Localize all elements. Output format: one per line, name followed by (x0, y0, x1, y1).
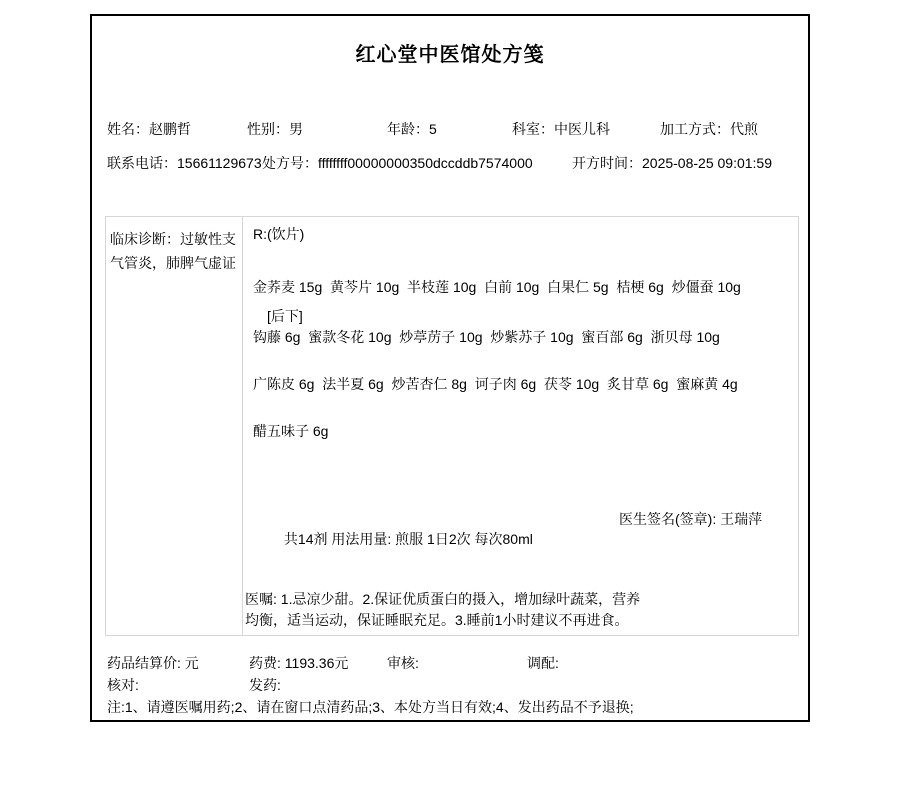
rx-content: R:(饮片) 金荞麦 15g 黄芩片 10g 半枝莲 10g 白前 10g 白果… (243, 217, 798, 635)
prescription-time-label: 开方时间： (572, 155, 642, 171)
medicine-line-1: 金荞麦 15g 黄芩片 10g 半枝莲 10g 白前 10g 白果仁 5g 桔梗… (253, 278, 798, 296)
field-gender: 性别：男 (247, 120, 303, 138)
dosage-summary: 共14剂 用法用量: 煎服 1日2次 每次80ml (284, 531, 533, 547)
field-prescription-number: 处方号：ffffffff00000000350dccddb7574000 (262, 154, 533, 172)
processing-method-value: 代煎 (730, 121, 758, 137)
dispense-prepare-label: 调配: (527, 655, 563, 671)
field-age: 年龄：5 (387, 120, 437, 138)
footer-notes: 注:1、请遵医嘱用药;2、请在窗口点清药品;3、本处方当日有效;4、发出药品不予… (107, 698, 634, 716)
field-patient-name: 姓名：赵鹏哲 (107, 120, 191, 138)
prescription-body-box: 临床诊断：过敏性支气管炎，肺脾气虚证 R:(饮片) 金荞麦 15g 黄芩片 10… (105, 216, 799, 636)
field-processing-method: 加工方式：代煎 (660, 120, 758, 138)
settlement-price-value: 元 (185, 655, 199, 671)
medicine-line-2: 钩藤 6g 蜜款冬花 10g 炒葶苈子 10g 炒紫苏子 10g 蜜百部 6g … (253, 328, 798, 346)
doctor-signature: 医生签名(签章): 王瑞萍 (619, 509, 762, 529)
department-label: 科室： (512, 121, 554, 137)
doctor-advice: 医嘱: 1.忌凉少甜。2.保证优质蛋白的摄入，增加绿叶蔬菜，营养均衡，适当运动，… (245, 589, 645, 631)
field-settlement-price: 药品结算价: 元 (107, 654, 199, 672)
field-check: 核对: (107, 676, 143, 694)
medicine-line-4: 醋五味子 6g (253, 422, 798, 440)
field-review: 审核: (387, 654, 423, 672)
field-department: 科室：中医儿科 (512, 120, 610, 138)
gender-label: 性别： (247, 121, 289, 137)
age-label: 年龄： (387, 121, 429, 137)
department-value: 中医儿科 (554, 121, 610, 137)
medicine-line-3: 广陈皮 6g 法半夏 6g 炒苦杏仁 8g 诃子肉 6g 茯苓 10g 炙甘草 … (253, 375, 798, 393)
clinical-diagnosis: 临床诊断：过敏性支气管炎，肺脾气虚证 (106, 217, 243, 635)
decoction-note-houxia: [后下] (267, 307, 798, 325)
medicine-fee-label: 药费: (249, 655, 285, 671)
page-title: 红心堂中医馆处方笺 (92, 38, 808, 67)
field-dispense-prepare: 调配: (527, 654, 563, 672)
age-value: 5 (429, 121, 437, 137)
phone-label: 联系电话： (107, 155, 177, 171)
field-phone: 联系电话：15661129673 (107, 154, 262, 172)
patient-name-value: 赵鹏哲 (149, 121, 191, 137)
prescription-time-value: 2025-08-25 09:01:59 (642, 155, 772, 171)
settlement-price-label: 药品结算价: (107, 655, 185, 671)
phone-value: 15661129673 (177, 155, 262, 171)
field-issue-medicine: 发药: (249, 676, 285, 694)
field-medicine-fee: 药费: 1193.36元 (249, 654, 348, 672)
check-label: 核对: (107, 677, 143, 693)
rx-bottom-block: 共14剂 用法用量: 煎服 1日2次 每次80ml 医生签名(签章): 王瑞萍 … (245, 509, 900, 631)
doctor-signature-label: 医生签名(签章): (619, 511, 720, 527)
field-prescription-time: 开方时间：2025-08-25 09:01:59 (572, 154, 772, 172)
issue-medicine-label: 发药: (249, 677, 285, 693)
dosage-summary-row: 共14剂 用法用量: 煎服 1日2次 每次80ml 医生签名(签章): 王瑞萍 (245, 509, 900, 589)
review-label: 审核: (387, 655, 423, 671)
doctor-signature-value: 王瑞萍 (720, 511, 762, 527)
medicine-fee-value: 1193.36元 (285, 655, 349, 671)
processing-method-label: 加工方式： (660, 121, 730, 137)
gender-value: 男 (289, 121, 303, 137)
diagnosis-label: 临床诊断： (110, 231, 180, 247)
prescription-number-value: ffffffff00000000350dccddb7574000 (318, 155, 533, 171)
prescription-document: 红心堂中医馆处方笺 姓名：赵鹏哲 性别：男 年龄：5 科室：中医儿科 加工方式：… (90, 14, 810, 722)
rx-header: R:(饮片) (253, 225, 798, 243)
patient-name-label: 姓名： (107, 121, 149, 137)
prescription-number-label: 处方号： (262, 155, 318, 171)
